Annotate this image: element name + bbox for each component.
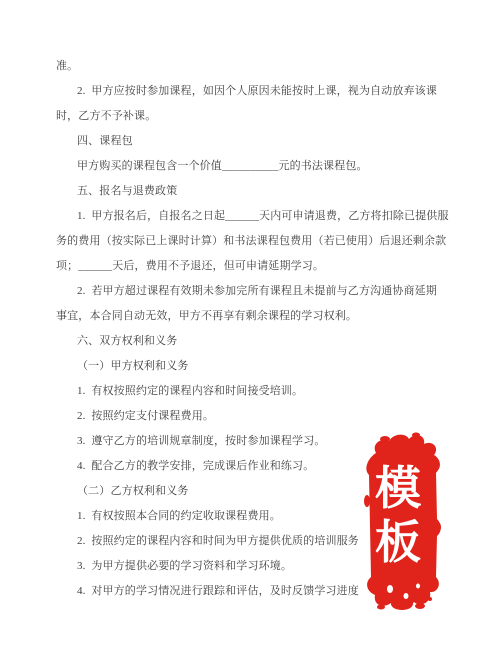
doc-line: 准。 <box>56 54 456 79</box>
doc-section-heading: 六、双方权利和义务 <box>56 329 456 354</box>
doc-line: 4. 对甲方的学习情况进行跟踪和评估，及时反馈学习进度 <box>56 579 456 604</box>
doc-section-heading: 五、报名与退费政策 <box>56 179 456 204</box>
doc-line: 2. 按照约定支付课程费用。 <box>56 404 456 429</box>
document-page: 准。 2. 甲方应按时参加课程，如因个人原因未能按时上课，视为自动放弃该课 时，… <box>0 0 500 653</box>
doc-line: 务的费用（按实际已上课时计算）和书法课程包费用（若已使用）后退还剩余款 <box>56 229 456 254</box>
doc-line: 2. 按照约定的课程内容和时间为甲方提供优质的培训服务 <box>56 529 456 554</box>
doc-section-heading: 四、课程包 <box>56 129 456 154</box>
doc-line: 1. 有权按照本合同的约定收取课程费用。 <box>56 504 456 529</box>
doc-subsection-heading: （一）甲方权利和义务 <box>56 354 456 379</box>
doc-line: 项；______天后，费用不予退还，但可申请延期学习。 <box>56 254 456 279</box>
doc-line: 1. 甲方报名后，自报名之日起______天内可申请退费，乙方将扣除已提供服 <box>56 204 456 229</box>
doc-line: 甲方购买的课程包含一个价值__________元的书法课程包。 <box>56 154 456 179</box>
doc-subsection-heading: （二）乙方权利和义务 <box>56 479 456 504</box>
doc-line: 1. 有权按照约定的课程内容和时间接受培训。 <box>56 379 456 404</box>
doc-line: 3. 为甲方提供必要的学习资料和学习环境。 <box>56 554 456 579</box>
doc-line: 时，乙方不予补课。 <box>56 104 456 129</box>
doc-line: 事宜，本合同自动无效，甲方不再享有剩余课程的学习权利。 <box>56 304 456 329</box>
doc-line: 4. 配合乙方的教学安排，完成课后作业和练习。 <box>56 454 456 479</box>
contract-text-block: 准。 2. 甲方应按时参加课程，如因个人原因未能按时上课，视为自动放弃该课 时，… <box>56 54 456 604</box>
doc-line: 3. 遵守乙方的培训规章制度，按时参加课程学习。 <box>56 429 456 454</box>
doc-line: 2. 若甲方超过课程有效期未参加完所有课程且未提前与乙方沟通协商延期 <box>56 279 456 304</box>
doc-line: 2. 甲方应按时参加课程，如因个人原因未能按时上课，视为自动放弃该课 <box>56 79 456 104</box>
